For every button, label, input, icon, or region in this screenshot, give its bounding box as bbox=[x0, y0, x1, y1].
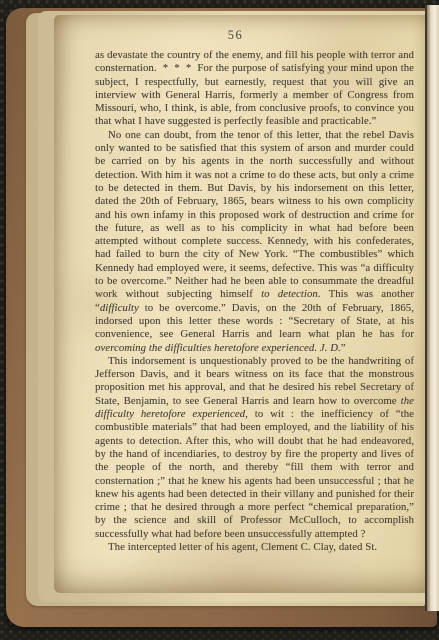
page-number: 56 bbox=[54, 28, 417, 43]
paragraph: as devastate the country of the enemy, a… bbox=[95, 49, 414, 129]
body-text: , to wit : the inefficiency of “the comb… bbox=[95, 408, 414, 540]
italic-text: difficulty bbox=[100, 302, 139, 314]
paragraph: This indorsement is unquestionably prove… bbox=[95, 355, 414, 541]
body-text: No one can doubt, from the tenor of this… bbox=[95, 129, 414, 301]
paragraph: No one can doubt, from the tenor of this… bbox=[95, 129, 414, 355]
facing-page-edge bbox=[425, 5, 439, 611]
body-text: This indorsement is unquestionably prove… bbox=[95, 355, 414, 407]
page-text: as devastate the country of the enemy, a… bbox=[95, 49, 414, 589]
body-text: to be overcome.” Davis, on the 20th of F… bbox=[95, 302, 414, 341]
italic-text: to detection bbox=[261, 288, 318, 300]
paragraph: The intercepted letter of his agent, Cle… bbox=[95, 541, 414, 554]
body-text: ” bbox=[341, 342, 346, 354]
body-text: as devastate the country of the enemy, a… bbox=[95, 49, 414, 127]
book-photograph: { "colors": { "background_fabric": "#201… bbox=[0, 0, 439, 640]
book-page: 56 as devastate the country of the enemy… bbox=[54, 15, 427, 593]
italic-text: overcoming the difficulties heretofore e… bbox=[95, 342, 341, 354]
body-text: The intercepted letter of his agent, Cle… bbox=[108, 541, 377, 553]
